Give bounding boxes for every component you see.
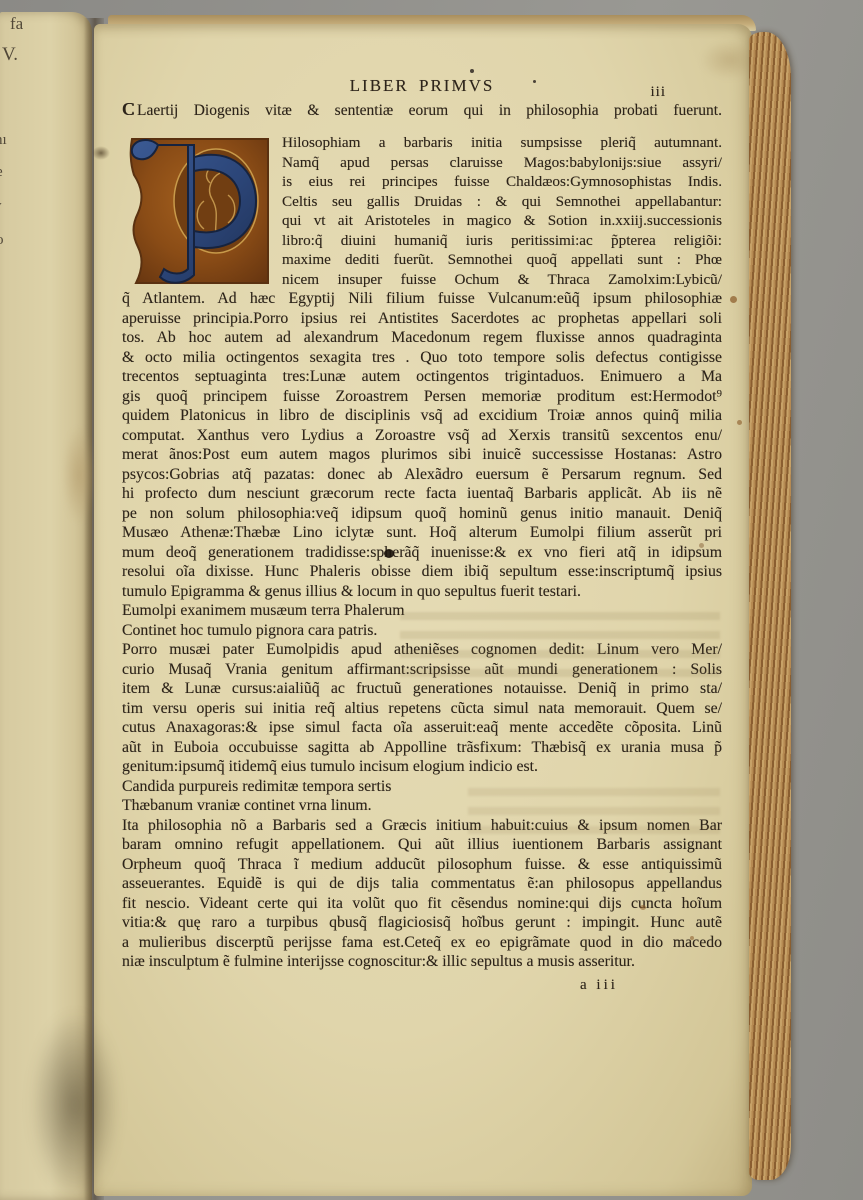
text-fragment: nı [0, 132, 7, 149]
text-line: hi profecto dum nesciunt græcorum recte … [122, 484, 722, 504]
text-line: Continet hoc tumulo pignora cara patris. [122, 621, 722, 641]
page-title: LIBER PRIMVS [122, 76, 722, 96]
text-line: Candida purpureis redimitæ tempora serti… [122, 777, 722, 797]
text-line: Ita philosophia nõ a Barbaris sed a Græc… [122, 816, 722, 836]
text-line: fit nescio. Videant certe qui ita volũt … [122, 894, 722, 914]
quire-signature: a iii [122, 977, 722, 994]
book-page: iii LIBER PRIMVS CLaertij Diogenis vitæ … [94, 24, 752, 1196]
left-page-fragments: faV.nıeyo [0, 12, 92, 1200]
folio-number: iii [650, 84, 666, 101]
text-line: resolui oĩa dixisse. Hunc Phaleris obiss… [122, 562, 722, 582]
text-line: tumulo Epigramma & genus illius & locum … [122, 582, 722, 602]
text-line: trecentos septuaginta tres:Lunæ autem oc… [122, 367, 722, 387]
text-line: q̃ Atlantem. Ad hæc Egyptij Nili filium … [122, 289, 722, 309]
text-line: cutus Anaxagoras:& ipse simul facta oĩa … [122, 718, 722, 738]
text-line: Eumolpi exanimem musæum terra Phalerum [122, 601, 722, 621]
text-line: tim versu operis sui initia req̃ altius … [122, 699, 722, 719]
text-fragment: fa [10, 14, 23, 34]
text-line: quidem Platonicus in libro de disciplini… [122, 406, 722, 426]
text-block: iii LIBER PRIMVS CLaertij Diogenis vitæ … [122, 76, 722, 994]
text-line: baram omnino refugit appellationem. Qui … [122, 835, 722, 855]
text-line: niæ insculptum ẽ fulmine interijsse cogn… [122, 952, 722, 972]
text-line: computat. Xanthus vero Lydius a Zoroastr… [122, 426, 722, 446]
text-line: curio Musaq̃ Vrania genitum affirmant:sc… [122, 660, 722, 680]
text-fragment: V. [2, 44, 18, 66]
text-line: genitum:ipsumq̃ itidemq̃ eius tumulo inc… [122, 757, 722, 777]
text-fragment: e [0, 164, 3, 181]
text-line: item & Lunæ cursus:aialiũq̃ ac fructuũ g… [122, 679, 722, 699]
photo-backdrop: faV.nıeyo iii LIBER PRIMVS CLaertij Diog… [0, 0, 863, 1200]
text-line: Musæo Athenæ:Thæbæ Lino iclytæ sunt. Hoq… [122, 523, 722, 543]
text-line: a mulieribus discerptũ perijsse fama est… [122, 933, 722, 953]
text-line: vitia:& quę raro a turpibus qbusq̃ flagi… [122, 913, 722, 933]
text-line: Thæbanum vraniæ continet vrna linum. [122, 796, 722, 816]
text-line: merat ãnos:Post eum autem magos plurimos… [122, 445, 722, 465]
illuminated-initial-art [122, 135, 272, 285]
body-lines: q̃ Atlantem. Ad hæc Egyptij Nili filium … [122, 289, 722, 972]
text-line: psycos:Gobrias atq̃ pazatas: donec ab Al… [122, 465, 722, 485]
fore-edge-leaves [749, 32, 791, 1180]
text-line: Porro musæi pater Eumolpidis apud atheni… [122, 640, 722, 660]
capitulum-mark: C [122, 99, 134, 119]
text-line: gis quoq̃ principem fuisse Zoroastrem Pe… [122, 387, 722, 407]
text-line: & octo milia octingentos sexagita tres .… [122, 348, 722, 368]
text-line: aperuisse principia.Porro ipsius rei Ant… [122, 309, 722, 329]
chapter-heading: CLaertij Diogenis vitæ & sententiæ eorum… [122, 99, 722, 120]
text-line: Orpheum quoq̃ Thraca ĩ medium adducũt pi… [122, 855, 722, 875]
text-line: aũt in Euboia occubuisse sagitta ab Appo… [122, 738, 722, 758]
text-fragment: y [0, 198, 2, 215]
text-line: pe non solum philosophia:veq̃ idipsum qu… [122, 504, 722, 524]
opening-paragraph: Hilosophiam a barbaris initia sumpsisse … [122, 133, 722, 289]
text-line: tos. Ab hoc autem ad alexandrum Macedonu… [122, 328, 722, 348]
text-fragment: o [0, 232, 4, 249]
illuminated-initial-P [122, 135, 272, 285]
previous-page-edge: faV.nıeyo [0, 12, 92, 1200]
text-line: mum deoq̃ generationem tradidisse:spherã… [122, 543, 722, 563]
chapter-heading-text: Laertij Diogenis vitæ & sententiæ eorum … [137, 102, 722, 119]
text-line: asseuerantes. Equidẽ is qui de dijs tali… [122, 874, 722, 894]
